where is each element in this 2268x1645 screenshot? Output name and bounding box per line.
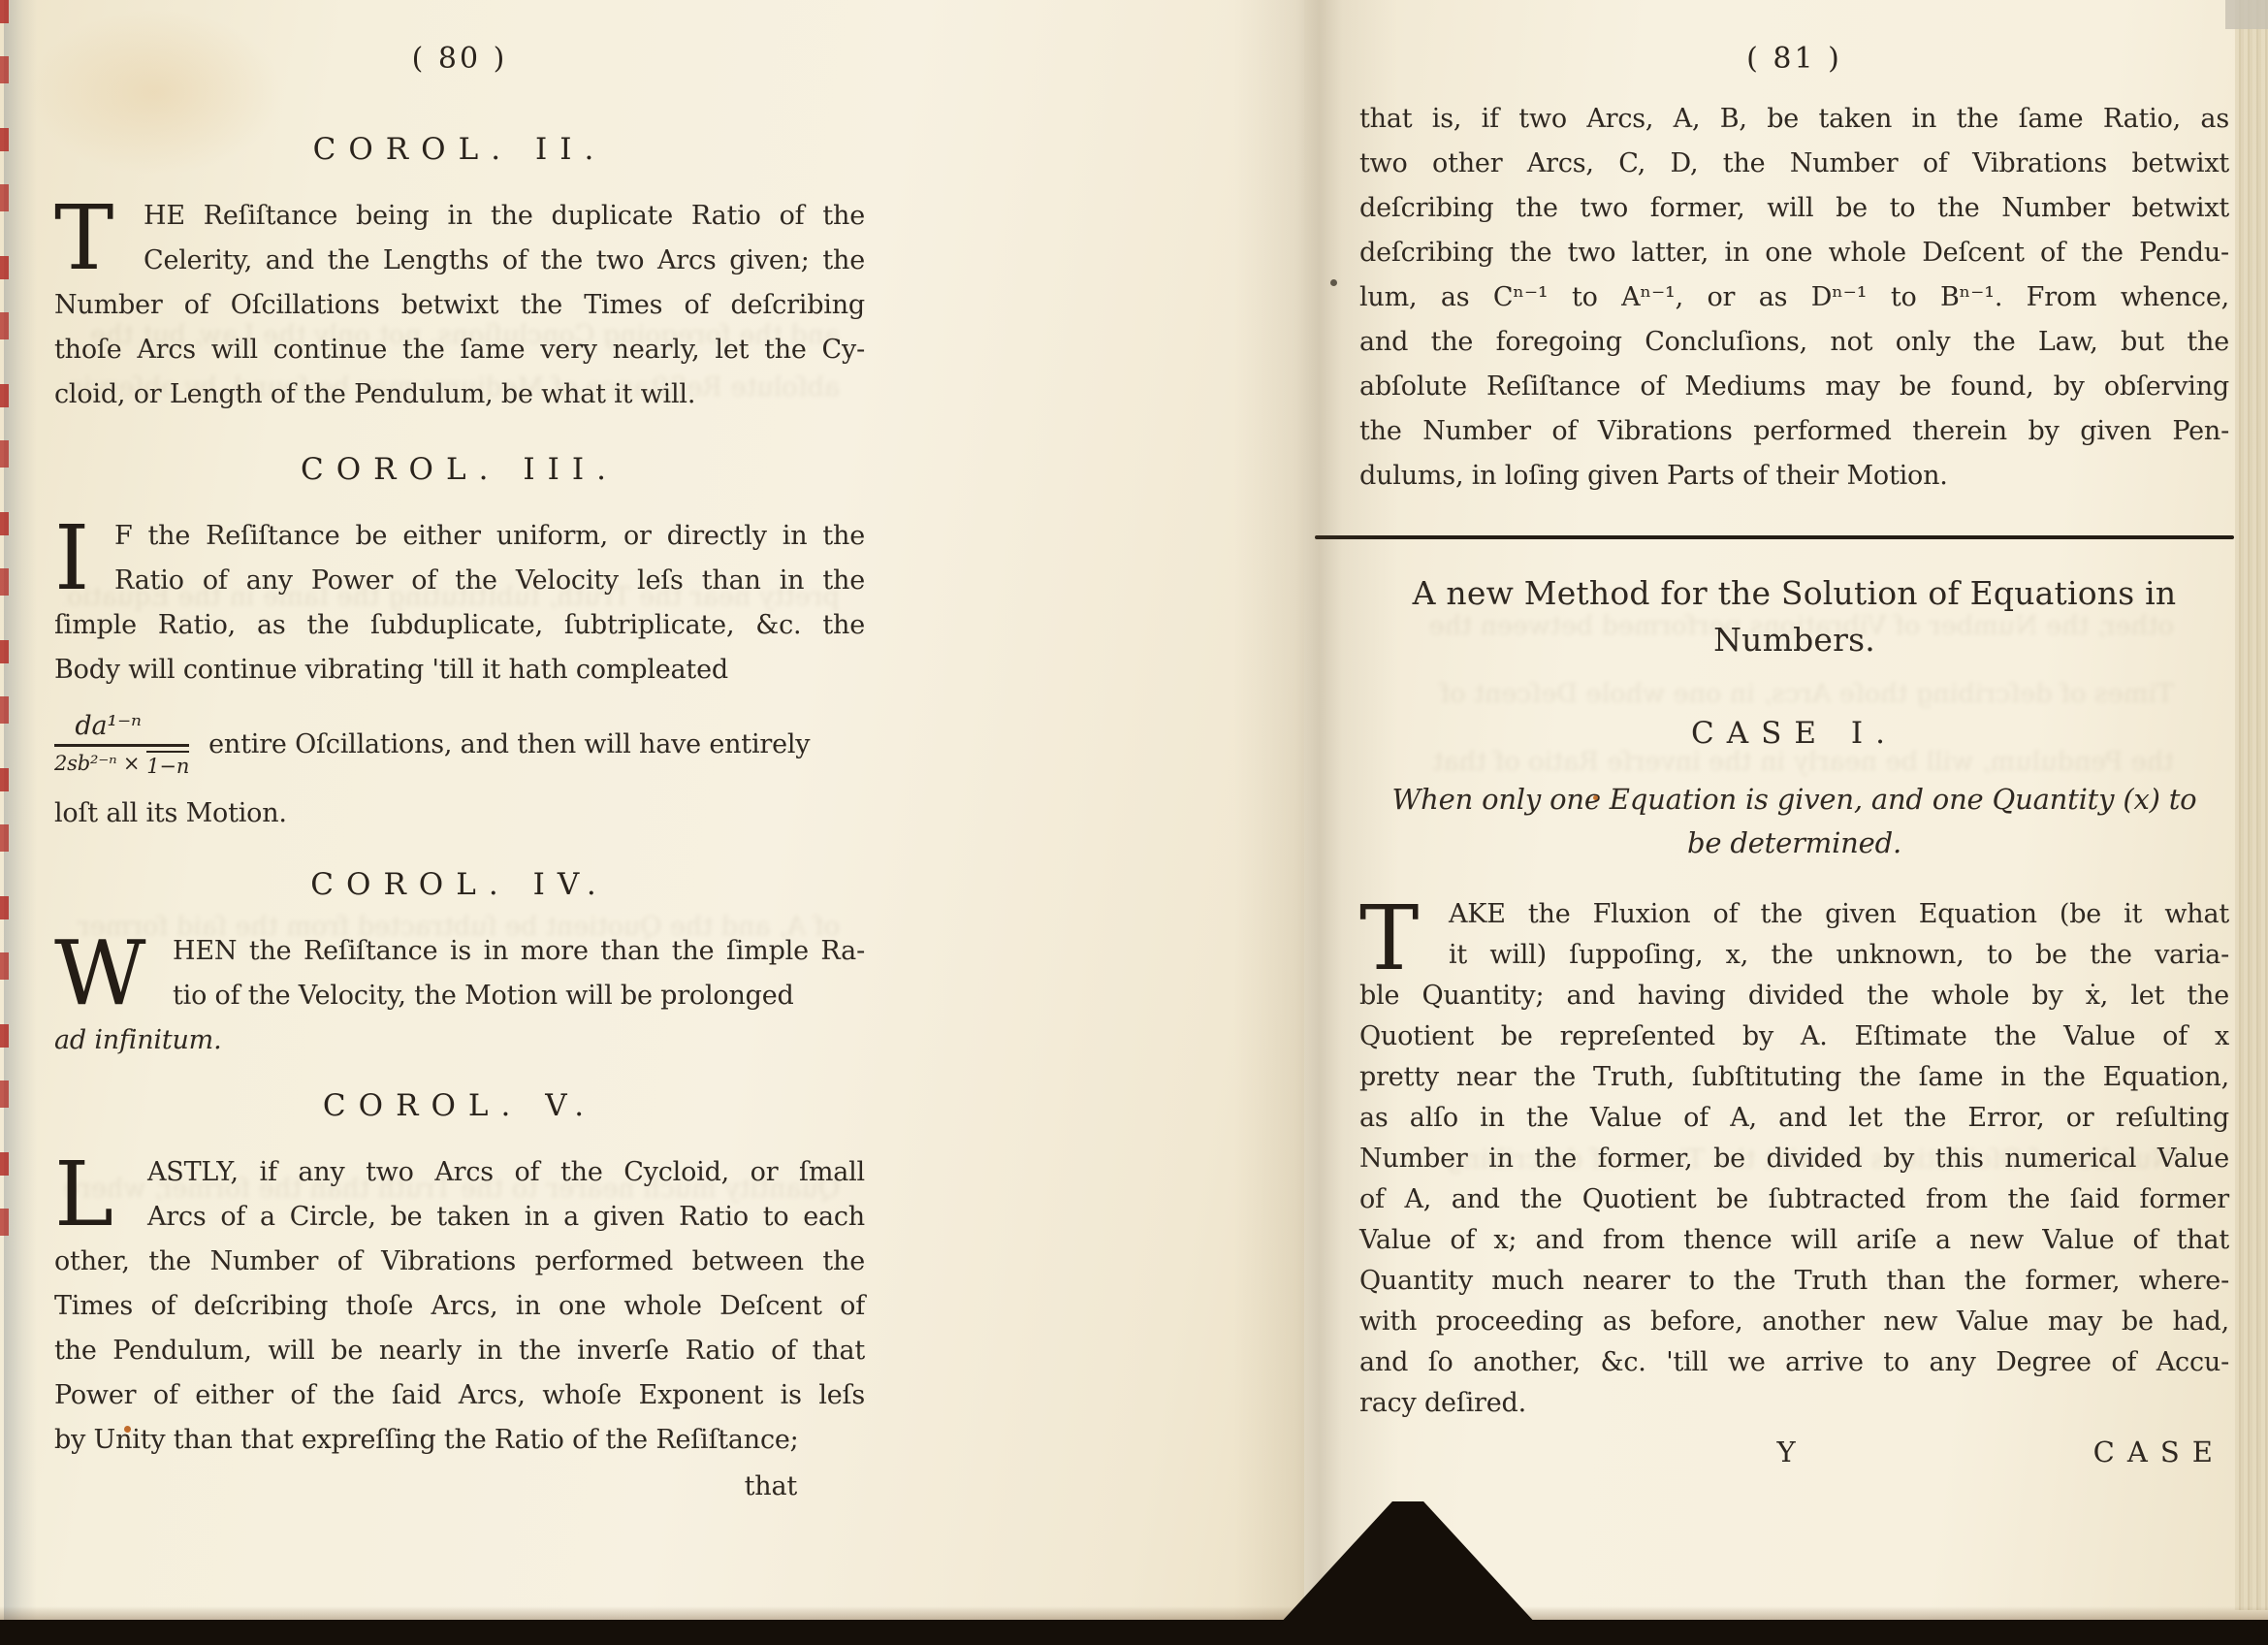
- heading-corol-v: COROL. V.: [54, 1086, 865, 1125]
- text-line: that is, if two Arcs, A, B, be taken in …: [1359, 97, 2229, 142]
- page-left-80: and the foregoing Concluſions, not only …: [0, 0, 1304, 1645]
- text-line: AKE the Fluxion of the given Equation (b…: [1359, 894, 2229, 935]
- catchword-case: CASE: [2093, 1432, 2225, 1472]
- paragraph-lines: that is, if two Arcs, A, B, be taken in …: [1359, 97, 2229, 499]
- text-line: Quotient be repreſented by A. Eſtimate t…: [1359, 1016, 2229, 1057]
- denominator-prefix: 2sb²⁻ⁿ ×: [54, 751, 140, 776]
- drop-cap-w: W: [54, 931, 145, 1016]
- paragraph-corol-v: L ASTLY, if any two Arcs of the Cycloid,…: [54, 1150, 865, 1509]
- text-line: pretty near the Truth, ſubſtituting the …: [1359, 1057, 2229, 1098]
- text-line: and the foregoing Concluſions, not only …: [1359, 320, 2229, 365]
- text-line: as alſo in the Value of A, and let the E…: [1359, 1098, 2229, 1139]
- drop-cap-i: I: [54, 516, 89, 601]
- text-line: dulums, in loſing given Parts of their M…: [1359, 454, 2229, 499]
- text-line: other, the Number of Vibrations performe…: [54, 1240, 865, 1284]
- case-subtitle-line1: When only one Equation is given, and one…: [1359, 778, 2229, 822]
- ad-infinitum-line: ad infinitum.: [54, 1018, 865, 1063]
- method-heading-line2: Numbers.: [1359, 617, 2229, 663]
- drop-cap-t: T: [54, 196, 113, 281]
- text-line: Number of Oſcillations betwixt the Times…: [54, 283, 865, 328]
- paragraph-lines: F the Reſiſtance be either uniform, or d…: [54, 514, 865, 693]
- paragraph-lines: ASTLY, if any two Arcs of the Cycloid, o…: [54, 1150, 865, 1463]
- case-subtitle-line2: be determined.: [1359, 822, 2229, 865]
- text-line: the Pendulum, will be nearly in the inve…: [54, 1329, 865, 1373]
- oscillation-formula-line: da¹⁻ⁿ 2sb²⁻ⁿ × 1−n entire Oſcillations, …: [54, 698, 865, 791]
- text-line: two other Arcs, C, D, the Number of Vibr…: [1359, 142, 2229, 186]
- heading-corol-iii: COROL. III.: [54, 450, 865, 489]
- text-line: deſcribing the two former, will be to th…: [1359, 186, 2229, 231]
- signature-row: Y CASE: [1359, 1432, 2229, 1476]
- text-line: Ratio of any Power of the Velocity leſs …: [54, 559, 865, 603]
- scanner-bed-corner: [2225, 0, 2268, 29]
- paragraph-lines: AKE the Fluxion of the given Equation (b…: [1359, 894, 2229, 1424]
- formula-tail-text: entire Oſcillations, and then will have …: [208, 723, 865, 767]
- page-number-81: ( 81 ): [1359, 41, 2229, 78]
- signature-mark-y: Y: [1777, 1432, 1796, 1472]
- fraction: da¹⁻ⁿ 2sb²⁻ⁿ × 1−n: [54, 712, 189, 779]
- text-line: deſcribing the two latter, in one whole …: [1359, 231, 2229, 275]
- denominator-vinculum-term: 1−n: [146, 751, 189, 779]
- section-divider-rule: [1315, 535, 2234, 539]
- text-line: the Number of Vibrations performed there…: [1359, 409, 2229, 454]
- text-line: abſolute Reſiſtance of Mediums may be fo…: [1359, 365, 2229, 409]
- text-line: Power of either of the ſaid Arcs, whoſe …: [54, 1373, 865, 1418]
- drop-cap-l: L: [54, 1152, 113, 1238]
- text-line: racy deſired.: [1359, 1383, 2229, 1424]
- text-line: Body will continue vibrating 'till it ha…: [54, 648, 865, 693]
- book-scan: and the foregoing Concluſions, not only …: [0, 0, 2268, 1645]
- fraction-denominator: 2sb²⁻ⁿ × 1−n: [54, 747, 189, 779]
- heading-corol-iv: COROL. IV.: [54, 865, 865, 904]
- catchword-that: that: [745, 1465, 797, 1509]
- book-bottom-edge: [0, 1620, 2268, 1645]
- text-line: of A, and the Quotient be ſubtracted fro…: [1359, 1179, 2229, 1220]
- text-line: by Unity than that expreſſing the Ratio …: [54, 1418, 865, 1463]
- text-line: F the Reſiſtance be either uniform, or d…: [54, 514, 865, 559]
- heading-corol-ii: COROL. II.: [54, 130, 865, 169]
- text-line: HE Reſiſtance being in the duplicate Rat…: [54, 194, 865, 239]
- method-heading-line1: A new Method for the Solution of Equatio…: [1359, 570, 2229, 617]
- text-line: HEN the Reſiſtance is in more than the ſ…: [54, 929, 865, 974]
- paragraph-lines: HEN the Reſiſtance is in more than the ſ…: [54, 929, 865, 1018]
- text-line: ſimple Ratio, as the ſubduplicate, ſubtr…: [54, 603, 865, 648]
- text-line: ble Quantity; and having divided the who…: [1359, 976, 2229, 1016]
- paragraph-take: T AKE the Fluxion of the given Equation …: [1359, 894, 2229, 1476]
- section-heading-new-method: A new Method for the Solution of Equatio…: [1359, 570, 2229, 663]
- text-line: Number in the former, be divided by this…: [1359, 1139, 2229, 1179]
- right-text-column: ( 81 ) that is, if two Arcs, A, B, be ta…: [1359, 0, 2229, 1476]
- page-number-80: ( 80 ): [54, 41, 865, 78]
- paragraph-corol-iv: W HEN the Reſiſtance is in more than the…: [54, 929, 865, 1063]
- drop-cap-t: T: [1359, 896, 1419, 982]
- paragraph-continuation: that is, if two Arcs, A, B, be taken in …: [1359, 97, 2229, 499]
- ink-speck: [124, 1426, 131, 1433]
- fraction-numerator: da¹⁻ⁿ: [69, 712, 174, 744]
- text-line: lum, as Cⁿ⁻¹ to Aⁿ⁻¹, or as Dⁿ⁻¹ to Bⁿ⁻¹…: [1359, 275, 2229, 320]
- text-line: Quantity much nearer to the Truth than t…: [1359, 1261, 2229, 1302]
- text-line: and ſo another, &c. 'till we arrive to a…: [1359, 1342, 2229, 1383]
- ink-speck: [1593, 795, 1598, 800]
- catchword-row: that: [54, 1465, 865, 1509]
- text-line: it will) ſuppoſing, x, the unknown, to b…: [1359, 935, 2229, 976]
- paragraph-closing-line: loſt all its Motion.: [54, 791, 865, 836]
- text-line: cloid, or Length of the Pendulum, be wha…: [54, 372, 865, 417]
- case-subtitle: When only one Equation is given, and one…: [1359, 778, 2229, 865]
- text-line: thoſe Arcs will continue the ſame very n…: [54, 328, 865, 372]
- paragraph-corol-iii: I F the Reſiſtance be either uniform, or…: [54, 514, 865, 836]
- text-line: Celerity, and the Lengths of the two Arc…: [54, 239, 865, 283]
- text-line: Value of x; and from thence will ariſe a…: [1359, 1220, 2229, 1261]
- heading-case-i: CASE I.: [1359, 714, 2229, 753]
- left-text-column: ( 80 ) COROL. II. T HE Reſiſtance being …: [54, 0, 865, 1509]
- text-line: ASTLY, if any two Arcs of the Cycloid, o…: [54, 1150, 865, 1195]
- paragraph-lines: HE Reſiſtance being in the duplicate Rat…: [54, 194, 865, 417]
- text-line: with proceeding as before, another new V…: [1359, 1302, 2229, 1342]
- text-line: Arcs of a Circle, be taken in a given Ra…: [54, 1195, 865, 1240]
- margin-ink-dot: [1330, 279, 1337, 286]
- text-line: Times of deſcribing thoſe Arcs, in one w…: [54, 1284, 865, 1329]
- paragraph-corol-ii: T HE Reſiſtance being in the duplicate R…: [54, 194, 865, 417]
- text-line: tio of the Velocity, the Motion will be …: [54, 974, 865, 1018]
